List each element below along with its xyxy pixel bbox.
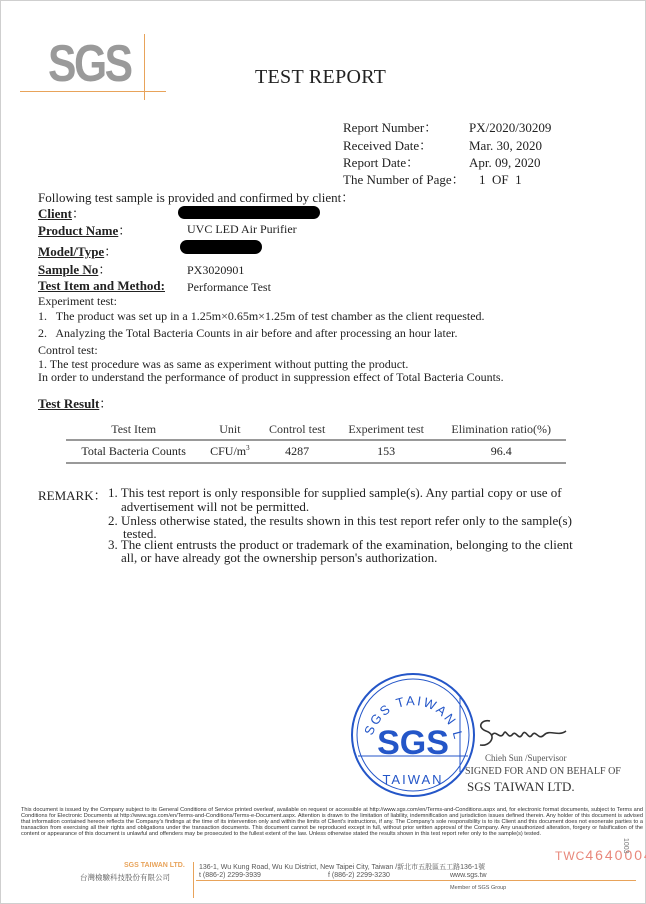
footer-member: Member of SGS Group [450,885,506,891]
test-result-table: Test Item Unit Control test Experiment t… [66,420,566,464]
col-experiment-test: Experiment test [336,420,437,440]
product-name-value: UVC LED Air Purifier [187,222,297,237]
cell-unit: CFU/m3 [201,440,258,463]
cell-control-test: 4287 [258,440,335,463]
experiment-step-2: 2. Analyzing the Total Bacteria Counts i… [38,326,457,341]
table-row: Total Bacteria Counts CFU/m3 4287 153 96… [66,440,566,463]
sample-no-value: PX3020901 [187,263,244,278]
sgs-logo: SGS [48,36,148,96]
col-unit: Unit [201,420,258,440]
test-method-label: Test Item and Method: [38,278,165,293]
client-label: Client [38,206,72,221]
signed-on-behalf: SIGNED FOR AND ON BEHALF OF [465,766,621,777]
remark-item-2: 2. Unless otherwise stated, the results … [108,514,572,528]
method-label-row: Test Item and Method: [38,277,165,295]
stamp-bottom-text: TAIWAN [382,772,443,787]
remark-label: REMARK： [38,489,107,503]
remark-item-1: 1. This test report is only responsible … [108,486,562,500]
control-heading: Control test: [38,343,98,358]
signature-scribble [472,715,568,755]
footer-address: 136-1, Wu Kung Road, Wu Ku District, New… [199,862,485,872]
cell-experiment-test: 153 [336,440,437,463]
sample-label-row: Sample No： [38,259,111,279]
footer-company-zh: 台灣檢驗科技股份有限公司 [80,872,170,883]
intro-text: Following test sample is provided and co… [38,187,354,206]
side-code: 1003 [622,838,629,854]
cell-test-item: Total Bacteria Counts [66,440,201,463]
product-name-label: Product Name [38,223,118,238]
footer-website-link[interactable]: www.sgs.tw [450,872,487,879]
terms-fine-print: This document is issued by the Company s… [21,807,643,837]
test-result-label: Test Result [38,396,99,411]
logo-vertical-rule [144,34,145,100]
table-header-row: Test Item Unit Control test Experiment t… [66,420,566,440]
control-note: In order to understand the performance o… [38,370,504,385]
client-redaction [178,206,320,219]
company-signature-name: SGS TAIWAN LTD. [467,779,575,795]
stamp-center-text: SGS [377,724,449,762]
model-redaction [180,240,262,254]
sgs-taiwan-stamp: SGS TAIWAN LTD SGS TAIWAN [350,672,476,798]
footer-divider-horizontal [196,880,636,881]
col-elimination-ratio: Elimination ratio(%) [436,420,566,440]
serial-number: TWC4640004 [555,847,646,863]
footer-tel: t (886-2) 2299-3939 [199,872,261,879]
col-test-item: Test Item [66,420,201,440]
experiment-step-1: 1. The product was set up in a 1.25m×0.6… [38,309,485,324]
sample-no-label: Sample No [38,262,98,277]
cell-elimination-ratio: 96.4 [436,440,566,463]
model-type-label: Model/Type [38,244,104,259]
footer-company-en: SGS TAIWAN LTD. [124,862,185,869]
test-method-value: Performance Test [187,280,271,295]
remark-item-3-cont: all, or have already got the ownership p… [121,551,437,565]
model-label-row: Model/Type： [38,241,117,261]
logo-text: SGS [48,36,131,92]
meta-page-count: The Number of Page：1 OF 1 [343,169,522,188]
signer-name: Chieh Sun /Supervisor [485,753,567,763]
footer-fax: f (886-2) 2299-3230 [328,872,390,879]
remark-item-1-cont: advertisement will not be permitted. [121,500,309,514]
meta-report-number: Report Number：PX/2020/30209 [343,117,551,136]
col-control-test: Control test [258,420,335,440]
footer-divider-vertical [193,862,194,898]
experiment-heading: Experiment test: [38,294,117,309]
test-result-label-row: Test Result： [38,393,112,413]
product-label-row: Product Name： [38,220,131,240]
report-title: TEST REPORT [255,66,386,89]
